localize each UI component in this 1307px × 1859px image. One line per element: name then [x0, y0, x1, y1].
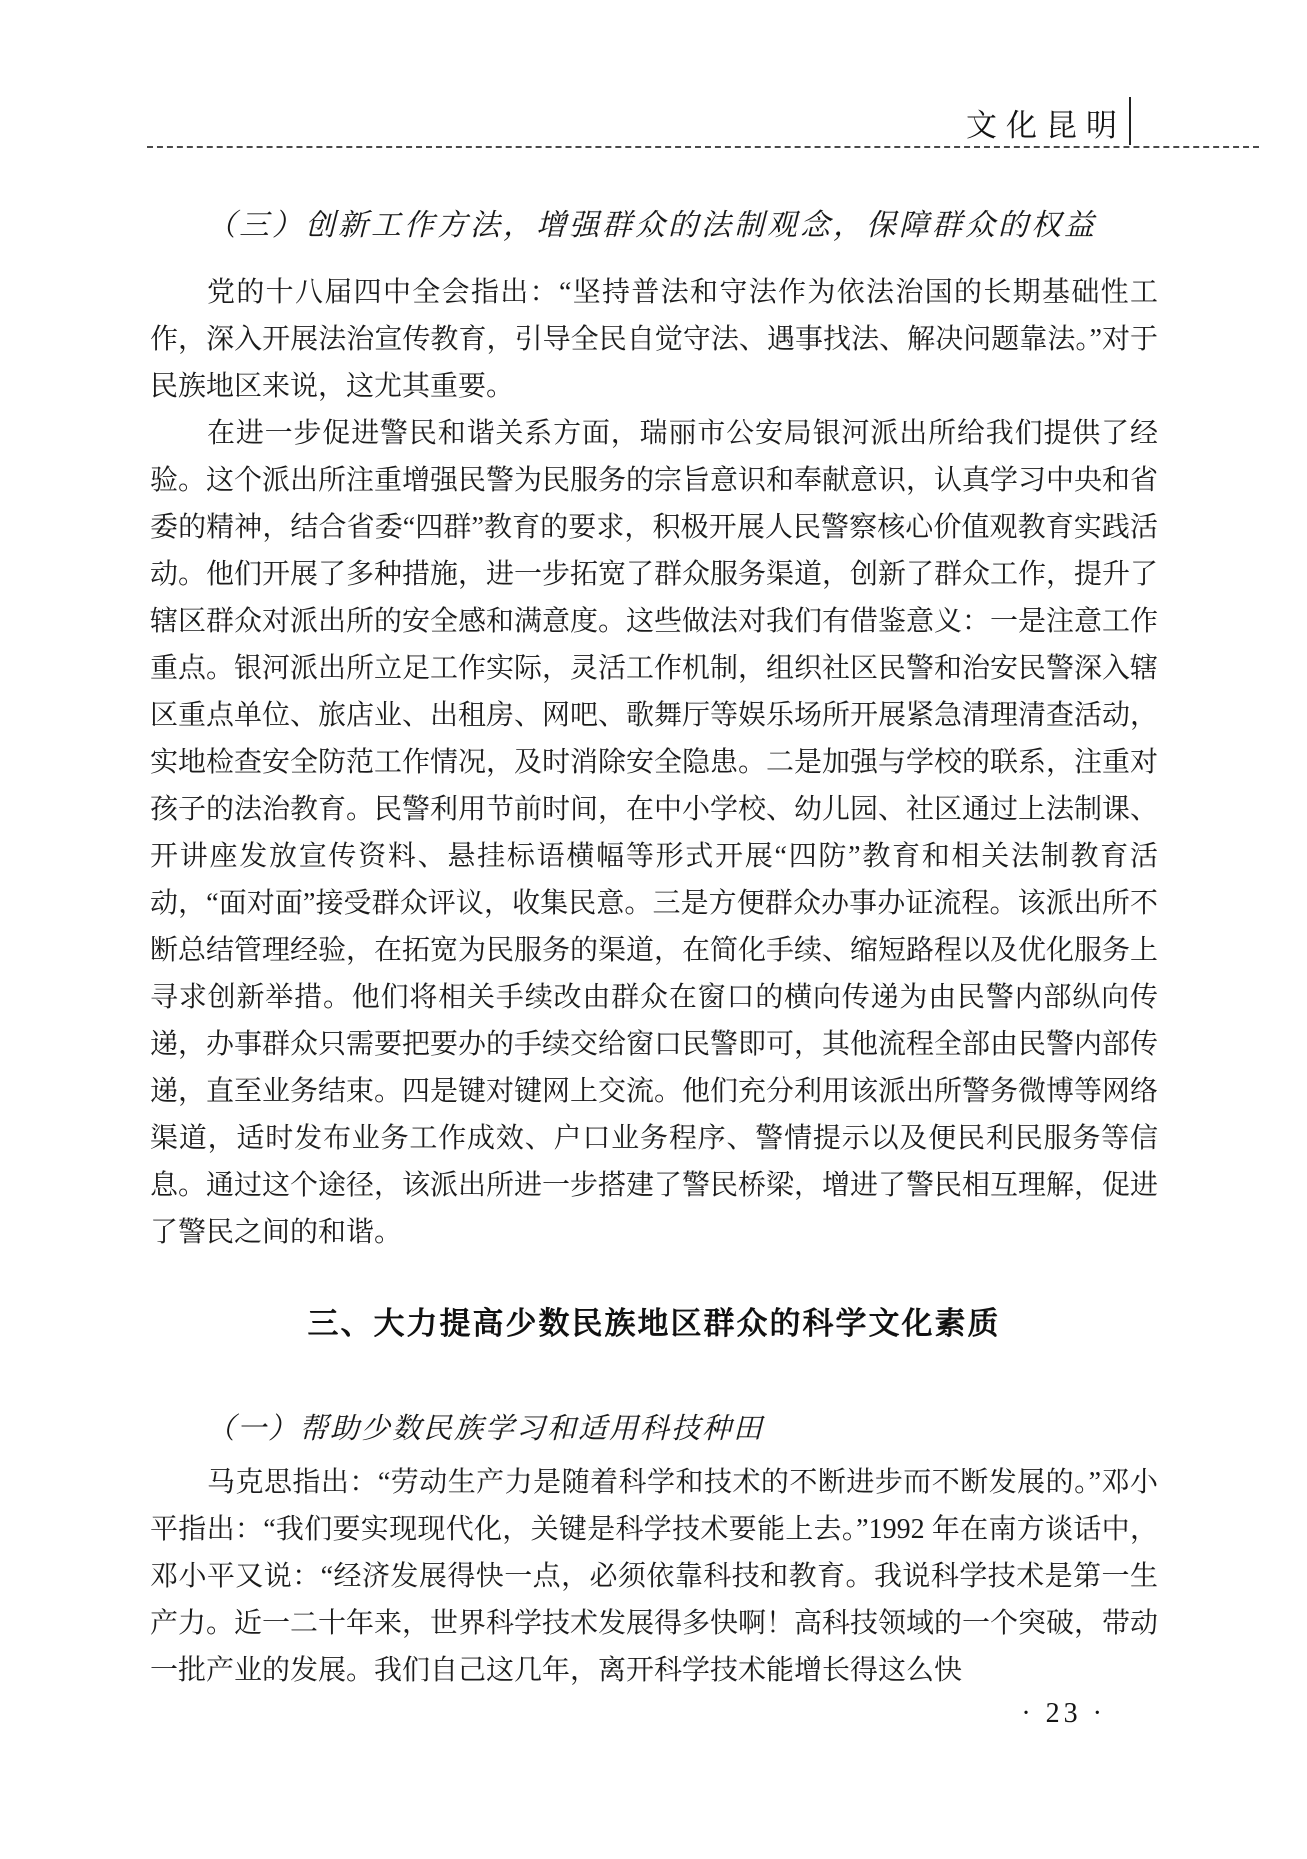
running-header-title: 文化昆明	[0, 100, 1126, 145]
subsection-heading-three: （三）创新工作方法，增强群众的法制观念，保障群众的权益	[150, 204, 1158, 248]
header-vertical-bar	[1129, 97, 1131, 145]
paragraph-2: 在进一步促进警民和谐关系方面，瑞丽市公安局银河派出所给我们提供了经验。这个派出所…	[150, 410, 1158, 1256]
page-body: （三）创新工作方法，增强群众的法制观念，保障群众的权益 党的十八届四中全会指出：…	[150, 146, 1158, 1694]
section-heading: 三、大力提高少数民族地区群众的科学文化素质	[150, 1301, 1158, 1347]
paragraph-1: 党的十八届四中全会指出：“坚持普法和守法作为依法治国的长期基础性工作，深入开展法…	[150, 269, 1158, 410]
subsection-heading-one: （一）帮助少数民族学习和适用科技种田	[150, 1409, 1158, 1449]
page-number: · 23 ·	[150, 1698, 1158, 1730]
paragraph-3: 马克思指出：“劳动生产力是随着科学和技术的不断进步而不断发展的。”邓小平指出：“…	[150, 1459, 1158, 1694]
book-page: { "header": { "title": "文化昆明" }, "conten…	[0, 0, 1307, 1859]
